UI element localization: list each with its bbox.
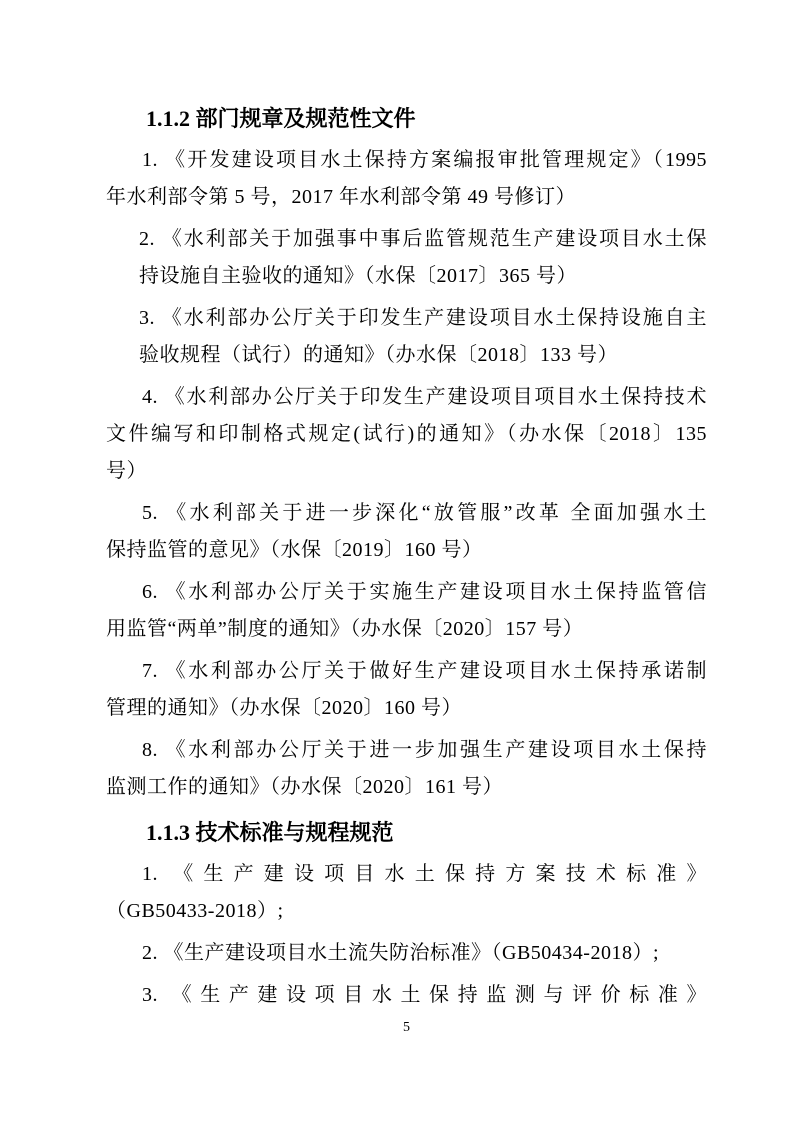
standard-item-3: 3. 《生产建设项目水土保持监测与评价标准》 [106,977,707,1014]
text-line: 6. 《水利部办公厅关于实施生产建设项目水土保持监管信 [106,574,707,611]
text-line: 用监管“两单”制度的通知》（办水保〔2020〕157 号） [106,611,707,648]
text-line: 3. 《水利部办公厅关于印发生产建设项目水土保持设施自主 [106,300,707,337]
regulation-item-5: 5. 《水利部关于进一步深化“放管服”改革 全面加强水土 保持监管的意见》（水保… [106,495,707,569]
regulation-item-6: 6. 《水利部办公厅关于实施生产建设项目水土保持监管信 用监管“两单”制度的通知… [106,574,707,648]
standard-item-2: 2. 《生产建设项目水土流失防治标准》（GB50434-2018）; [106,935,707,972]
regulation-item-3: 3. 《水利部办公厅关于印发生产建设项目水土保持设施自主 验收规程（试行）的通知… [106,300,707,374]
document-page: 1.1.2 部门规章及规范性文件 1. 《开发建设项目水土保持方案编报审批管理规… [0,0,793,1122]
text-line: 文件编写和印制格式规定(试行)的通知》（办水保〔2018〕135 [106,416,707,453]
text-line: 保持监管的意见》（水保〔2019〕160 号） [106,532,707,569]
section-heading-1-1-2: 1.1.2 部门规章及规范性文件 [106,100,707,137]
page-content: 1.1.2 部门规章及规范性文件 1. 《开发建设项目水土保持方案编报审批管理规… [106,100,707,1038]
regulation-item-7: 7. 《水利部办公厅关于做好生产建设项目水土保持承诺制 管理的通知》（办水保〔2… [106,653,707,727]
text-line: 持设施自主验收的通知》（水保〔2017〕365 号） [106,258,707,295]
text-line: （GB50433-2018）; [106,893,707,930]
text-line: 5. 《水利部关于进一步深化“放管服”改革 全面加强水土 [106,495,707,532]
text-line: 年水利部令第 5 号，2017 年水利部令第 49 号修订） [106,179,707,216]
text-line: 监测工作的通知》（办水保〔2020〕161 号） [106,769,707,806]
text-line: 2. 《水利部关于加强事中事后监管规范生产建设项目水土保 [106,221,707,258]
text-line: 1. 《开发建设项目水土保持方案编报审批管理规定》（1995 [106,142,707,179]
text-line: 7. 《水利部办公厅关于做好生产建设项目水土保持承诺制 [106,653,707,690]
regulation-item-1: 1. 《开发建设项目水土保持方案编报审批管理规定》（1995 年水利部令第 5 … [106,142,707,216]
text-line: 8. 《水利部办公厅关于进一步加强生产建设项目水土保持 [106,732,707,769]
text-line: 3. 《生产建设项目水土保持监测与评价标准》 [106,977,707,1014]
section-heading-1-1-3: 1.1.3 技术标准与规程规范 [106,814,707,851]
text-line: 管理的通知》（办水保〔2020〕160 号） [106,690,707,727]
regulation-item-2: 2. 《水利部关于加强事中事后监管规范生产建设项目水土保 持设施自主验收的通知》… [106,221,707,295]
text-line: 2. 《生产建设项目水土流失防治标准》（GB50434-2018）; [106,935,707,972]
text-line: 验收规程（试行）的通知》（办水保〔2018〕133 号） [106,337,707,374]
regulation-item-4: 4. 《水利部办公厅关于印发生产建设项目项目水土保持技术 文件编写和印制格式规定… [106,379,707,490]
text-line: 1. 《生产建设项目水土保持方案技术标准》 [106,856,707,893]
standard-item-1: 1. 《生产建设项目水土保持方案技术标准》 （GB50433-2018）; [106,856,707,930]
page-number: 5 [106,1018,707,1038]
text-line: 4. 《水利部办公厅关于印发生产建设项目项目水土保持技术 [106,379,707,416]
text-line: 号） [106,453,707,490]
regulation-item-8: 8. 《水利部办公厅关于进一步加强生产建设项目水土保持 监测工作的通知》（办水保… [106,732,707,806]
